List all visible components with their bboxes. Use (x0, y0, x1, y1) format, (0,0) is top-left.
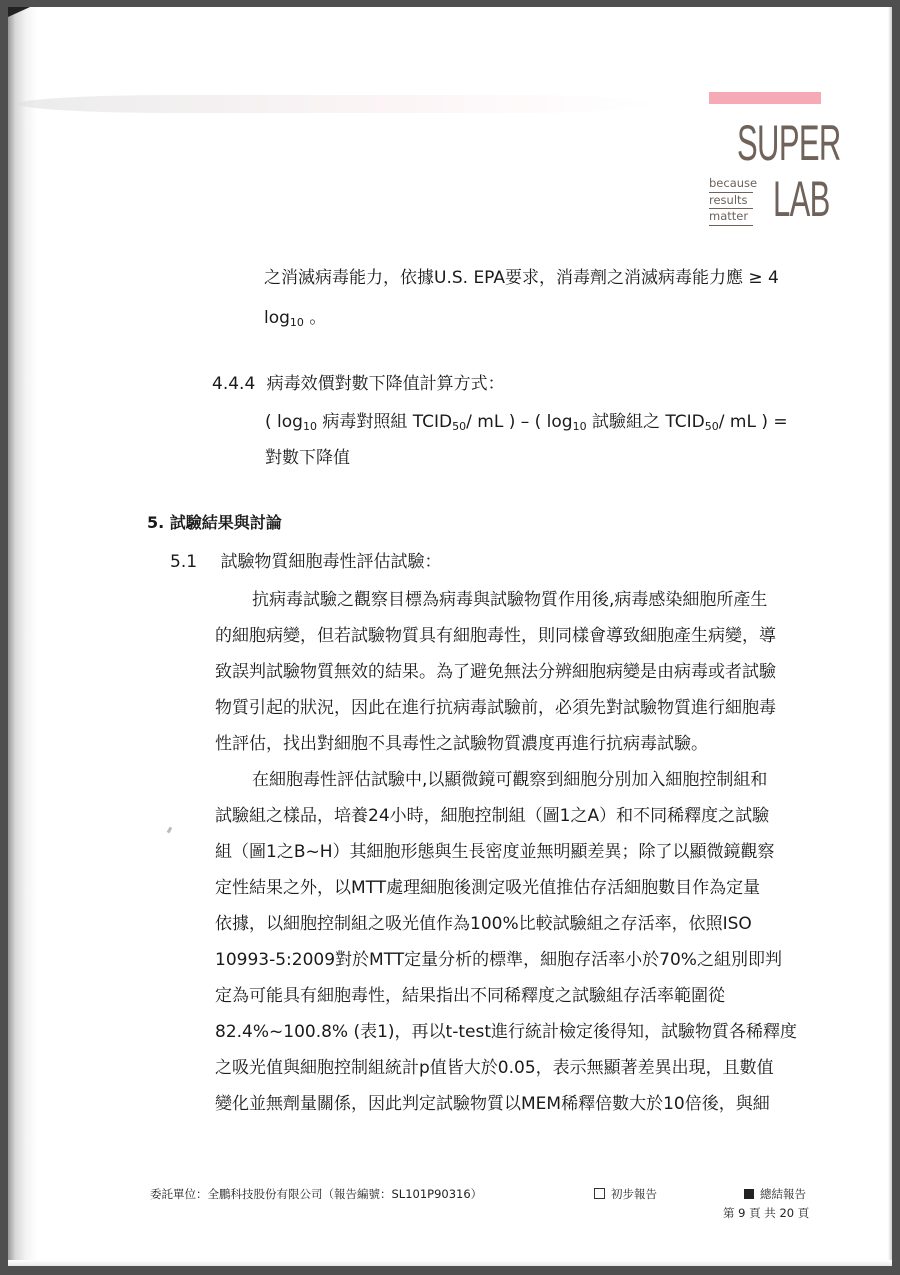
paragraph-2-line: 10993-5:2009對於MTT定量分析的標準，細胞存活率小於70%之組別即判 (215, 945, 782, 970)
formula-part: 試驗組之 TCID (587, 412, 705, 432)
formula-part: / mL ) – ( log (466, 412, 572, 432)
continuation-line-2: log10 。 (264, 303, 326, 329)
paragraph-2-line: 定性結果之外，以MTT處理細胞後測定吸光值推估存活細胞數目作為定量 (215, 873, 760, 898)
paragraph-1-line: 物質引起的狀況，因此在進行抗病毒試驗前，必須先對試驗物質進行細胞毒 (215, 693, 776, 718)
tagline-word: results (709, 193, 753, 210)
logo-word-super: SUPER (737, 118, 789, 168)
log-text: log (264, 308, 290, 328)
section-5-1-heading: 5.1 試驗物質細胞毒性評估試驗： (170, 547, 441, 572)
checkbox-unchecked-icon (594, 1188, 605, 1199)
scan-speck (167, 827, 173, 834)
paragraph-2-line: 之吸光值與細胞控制組統計p值皆大於0.05，表示無顯著差異出現，且數值 (215, 1053, 774, 1078)
paragraph-2-line: 定為可能具有細胞毒性，結果指出不同稀釋度之試驗組存活率範圍從 (215, 981, 725, 1006)
tagline-word: because (709, 176, 753, 193)
subsection-title: 試驗物質細胞毒性評估試驗： (220, 552, 441, 572)
section-title: 病毒效價對數下降值計算方式： (267, 374, 505, 394)
paragraph-2-line: 依據，以細胞控制組之吸光值作為100%比較試驗組之存活率，依照ISO (215, 909, 752, 934)
paragraph-1-line: 抗病毒試驗之觀察目標為病毒與試驗物質作用後,病毒感染細胞所產生 (252, 585, 767, 610)
checkbox-checked-icon (744, 1189, 754, 1199)
formula-subscript: 50 (705, 420, 719, 433)
page-bottom-shadow (8, 1260, 892, 1266)
document-page: SUPER LAB because results matter 之消滅病毒能力… (8, 7, 892, 1266)
paragraph-2-line: 在細胞毒性評估試驗中,以顯微鏡可觀察到細胞分別加入細胞控制組和 (252, 765, 767, 790)
logo-pink-bar (709, 92, 821, 104)
formula-part: 病毒對照組 TCID (317, 412, 452, 432)
binding-shadow (8, 7, 38, 1266)
section-5-heading: 5. 試驗結果與討論 (147, 510, 282, 533)
subsection-number: 5.1 (170, 552, 197, 572)
formula-part: ( log (265, 412, 303, 432)
footer-preliminary-report: 初步報告 (594, 1186, 657, 1202)
page-corner-shadow (8, 7, 30, 17)
continuation-line-1: 之消滅病毒能力，依據U.S. EPA要求，消毒劑之消滅病毒能力應 ≥ 4 (264, 263, 779, 288)
section-4-4-4-heading: 4.4.4 病毒效價對數下降值計算方式： (212, 369, 505, 394)
formula-subscript: 10 (573, 420, 587, 433)
formula: ( log10 病毒對照組 TCID50/ mL ) – ( log10 試驗組… (265, 407, 788, 433)
superlab-logo: SUPER LAB because results matter (701, 92, 821, 227)
final-label: 總結報告 (760, 1187, 806, 1201)
formula-subscript: 10 (303, 420, 317, 433)
tagline-word: matter (709, 209, 753, 226)
logo-word-lab: LAB (773, 174, 830, 224)
paragraph-1-line: 致誤判試驗物質無效的結果。為了避免無法分辨細胞病變是由病毒或者試驗 (215, 657, 776, 682)
paragraph-1-line: 的細胞病變，但若試驗物質具有細胞毒性，則同樣會導致細胞產生病變，導 (215, 621, 776, 646)
page-edge (888, 7, 892, 1266)
header-decoration (18, 95, 658, 113)
logo-tagline: because results matter (709, 176, 755, 226)
paragraph-2-line: 82.4%~100.8% (表1)，再以t-test進行統計檢定後得知，試驗物質… (215, 1017, 797, 1042)
paragraph-2-line: 組（圖1之B~H）其細胞形態與生長密度並無明顯差異；除了以顯微鏡觀察 (215, 837, 775, 862)
footer-final-report: 總結報告 (744, 1186, 806, 1202)
footer-page-number: 第 9 頁 共 20 頁 (723, 1205, 809, 1221)
formula-subscript: 50 (452, 420, 466, 433)
section-number: 4.4.4 (212, 374, 255, 394)
paragraph-2-line: 試驗組之樣品，培養24小時，細胞控制組（圖1之A）和不同稀釋度之試驗 (215, 801, 769, 826)
formula-result: 對數下降值 (265, 443, 350, 468)
period: 。 (304, 308, 326, 328)
paragraph-1-line: 性評估，找出對細胞不具毒性之試驗物質濃度再進行抗病毒試驗。 (215, 729, 708, 754)
footer-client-info: 委託單位：全鵬科技股份有限公司（報告編號：SL101P90316） (150, 1186, 482, 1202)
log-subscript: 10 (290, 316, 304, 329)
formula-part: / mL ) = (719, 412, 788, 432)
paragraph-2-line: 變化並無劑量關係，因此判定試驗物質以MEM稀釋倍數大於10倍後，與細 (215, 1089, 770, 1114)
preliminary-label: 初步報告 (611, 1187, 657, 1201)
